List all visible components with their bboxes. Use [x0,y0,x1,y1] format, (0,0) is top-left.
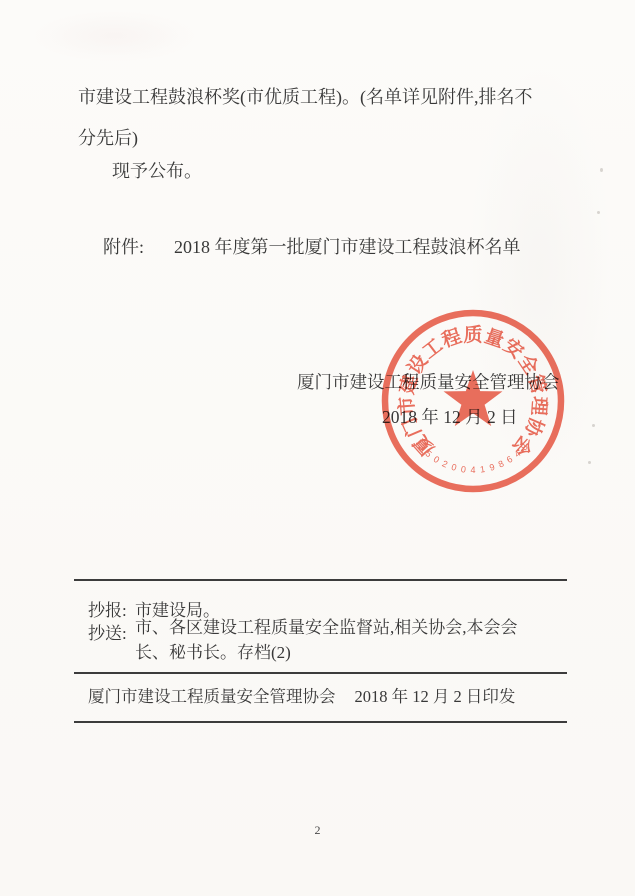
svg-text:1: 1 [479,464,485,475]
scan-artifact [588,461,591,464]
imprint-date: 2018 年 12 月 2 日印发 [355,687,516,706]
svg-text:0: 0 [450,462,458,473]
announcement-line: 现予公布。 [112,162,202,180]
footer-divider-middle [74,672,567,674]
svg-text:市: 市 [395,396,419,417]
svg-text:9: 9 [488,462,496,473]
attachment-line: 附件:2018 年度第一批厦门市建设工程鼓浪杯名单 [103,238,521,256]
imprint-organization: 厦门市建设工程质量安全管理协会 [88,687,336,706]
attachment-title: 2018 年度第一批厦门市建设工程鼓浪杯名单 [174,237,521,257]
seal-star-icon [444,370,503,426]
copy-send-line-2: 长、秘书长。存档(2) [135,644,518,661]
svg-text:0: 0 [432,454,442,465]
scan-artifact [600,168,603,172]
svg-text:4: 4 [470,465,475,475]
copy-send-label: 抄送: [88,619,135,669]
copy-send-line-1: 市、各区建设工程质量安全监督站,相关协会,本会会 [135,619,518,636]
copy-report-label: 抄报: [88,596,135,621]
svg-text:2: 2 [441,458,450,469]
scan-artifact [597,211,600,214]
footer-divider-top [74,579,567,581]
page-number: 2 [0,824,635,836]
official-seal: 厦门市建设工程质量安全管理协会 3502004198648 [377,305,569,497]
scan-artifact [592,424,595,427]
attachment-label: 附件: [103,237,144,257]
footer-divider-bottom [74,721,567,723]
imprint-line: 厦门市建设工程质量安全管理协会2018 年 12 月 2 日印发 [88,689,515,706]
svg-text:质: 质 [463,323,482,346]
body-text-line-1: 市建设工程鼓浪杯奖(市优质工程)。(名单详见附件,排名不 [78,88,532,106]
copy-send-row: 抄送: 市、各区建设工程质量安全监督站,相关协会,本会会 长、秘书长。存档(2) [88,619,518,669]
svg-text:0: 0 [460,464,466,475]
copy-send-text: 市、各区建设工程质量安全监督站,相关协会,本会会 长、秘书长。存档(2) [135,619,518,669]
body-text-line-2: 分先后) [78,129,138,147]
svg-text:8: 8 [497,458,506,469]
svg-text:6: 6 [505,454,515,465]
svg-text:理: 理 [527,396,550,418]
